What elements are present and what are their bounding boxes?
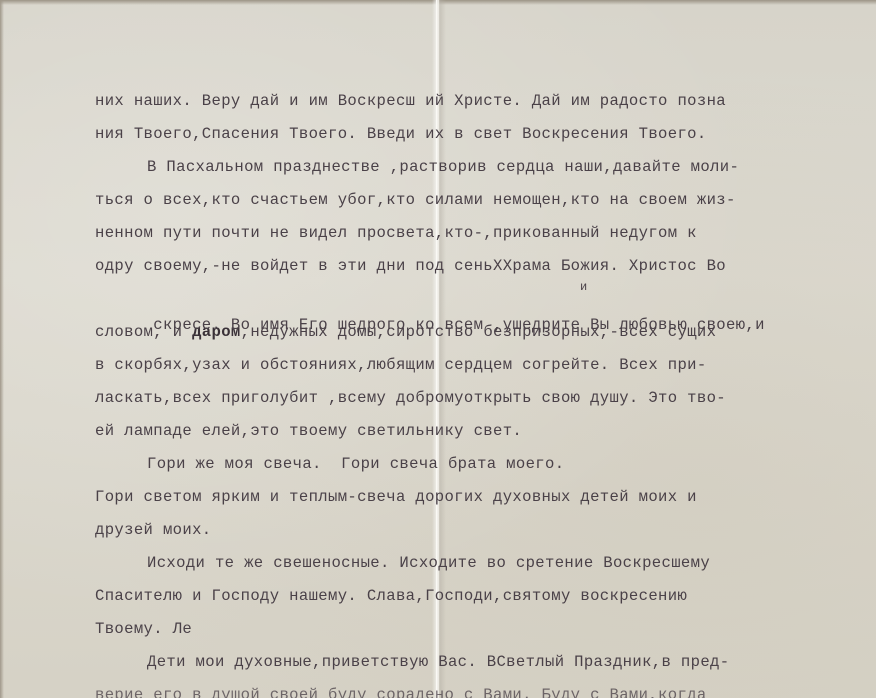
text-line: В Пасхальном празднестве ,растворив серд… (95, 154, 855, 187)
text-line: ласкать,всех приголубит ,всему добромуот… (95, 385, 855, 418)
text-line: них наших. Веру дай и им Воскресш ий Хри… (95, 88, 855, 121)
text-line: ненном пути почти не видел просвета,кто-… (95, 220, 855, 253)
text-line: друзей моих. (95, 517, 855, 550)
text-line-cut-off: верие его в душой своей буду сорадено с … (95, 682, 855, 698)
scanned-paper-page: них наших. Веру дай и им Воскресш ий Хри… (0, 0, 876, 698)
text-line-content: скресе. Во имя Его шедрого ко всем ,ушед… (153, 316, 765, 334)
typewritten-text-body: них наших. Веру дай и им Воскресш ий Хри… (95, 88, 855, 698)
paper-left-edge (0, 0, 4, 698)
text-line: Твоему. Ле (95, 616, 855, 649)
text-line: ей лампаде елей,это твоему светильнику с… (95, 418, 855, 451)
text-line: Гори светом ярким и теплым-свеча дорогих… (95, 484, 855, 517)
text-line: ться о всех,кто счастьем убог,кто силами… (95, 187, 855, 220)
text-line: Спасителю и Господу нашему. Слава,Господ… (95, 583, 855, 616)
text-line: скресе. Во имя Его шедрого ко всем ,ушед… (95, 286, 855, 319)
text-line: Гори же моя свеча. Гори свеча брата моег… (95, 451, 855, 484)
text-line: одру своему,-не войдет в эти дни под сен… (95, 253, 855, 286)
interlinear-insertion: и (580, 274, 588, 300)
text-line: Дети мои духовные,приветствую Вас. ВСвет… (95, 649, 855, 682)
text-line: Исходи те же свешеносные. Исходите во ср… (95, 550, 855, 583)
text-line: в скорбях,узах и обстояниях,любящим серд… (95, 352, 855, 385)
text-line: ния Твоего,Спасения Твоего. Введи их в с… (95, 121, 855, 154)
